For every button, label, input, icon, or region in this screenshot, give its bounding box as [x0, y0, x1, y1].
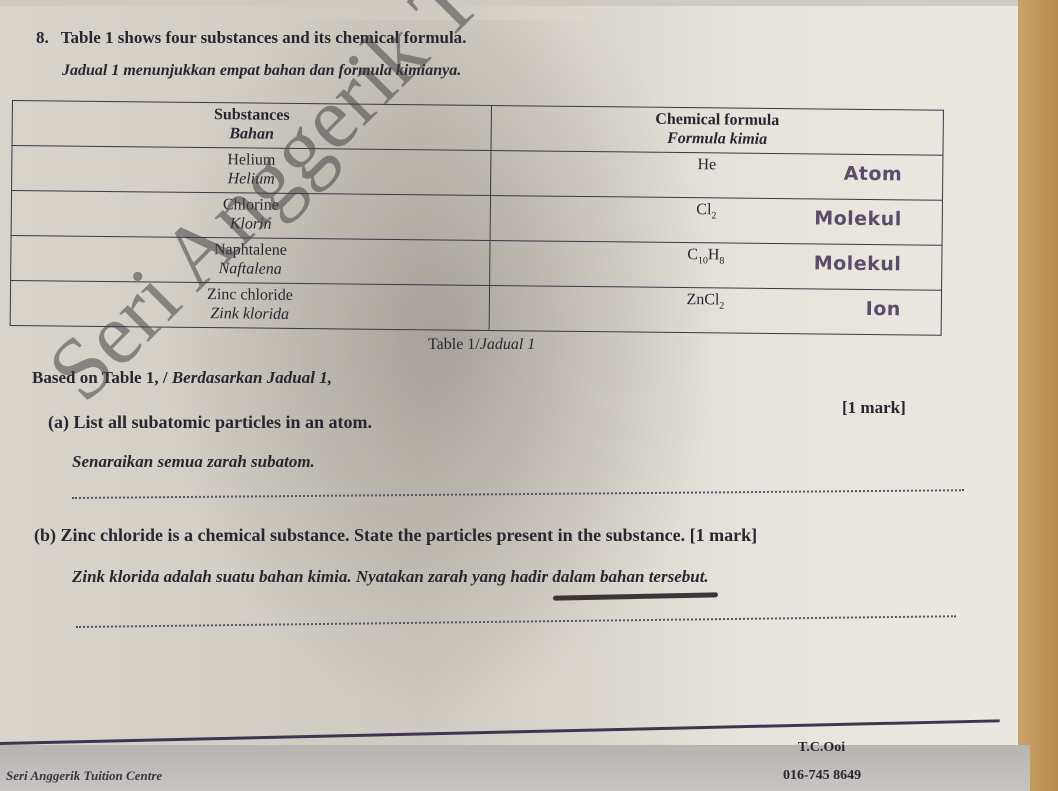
formula-cell: C10H8 Molekul [490, 241, 942, 291]
handwritten-answer: Atom [844, 165, 903, 185]
formula-cell: He Atom [491, 151, 943, 201]
table-row: Zinc chloride Zink klorida ZnCl2 Ion [10, 280, 941, 335]
header-substances: Substances Bahan [12, 101, 491, 151]
pen-underline [553, 592, 718, 600]
table-caption: Table 1/Jadual 1 [428, 336, 535, 354]
part-a-answer-line[interactable] [72, 489, 964, 499]
paper-edge [0, 0, 1058, 6]
based-on-text: Based on Table 1, / Berdasarkan Jadual 1… [32, 368, 332, 388]
question-title-en: Table 1 shows four substances and its ch… [61, 28, 467, 47]
footer-phone: 016-745 8649 [783, 768, 861, 784]
handwritten-answer: Molekul [814, 209, 902, 229]
handwritten-answer: Molekul [814, 254, 902, 274]
chemical-formula: C10H8 [687, 246, 724, 263]
substances-table: Substances Bahan Chemical formula Formul… [10, 100, 944, 336]
part-a-question: (a) List all subatomic particles in an a… [48, 412, 372, 433]
substance-cell: Naphtalene Naftalena [11, 235, 490, 285]
wooden-desk [1018, 0, 1058, 791]
substance-cell: Chlorine Klorin [11, 191, 490, 241]
handwritten-answer: Ion [866, 300, 901, 319]
footer-centre-name: Seri Anggerik Tuition Centre [6, 768, 162, 784]
substance-cell: Helium Helium [12, 146, 491, 196]
part-a-question-ms: Senaraikan semua zarah subatom. [72, 452, 315, 472]
formula-cell: ZnCl2 Ion [489, 286, 941, 336]
part-b-question-ms: Zink klorida adalah suatu bahan kimia. N… [72, 567, 709, 587]
part-a-marks: [1 mark] [842, 398, 906, 418]
chemical-formula: ZnCl2 [686, 291, 724, 308]
substance-cell: Zinc chloride Zink klorida [10, 280, 489, 330]
formula-cell: Cl2 Molekul [490, 196, 942, 246]
question-title-ms: Jadual 1 menunjukkan empat bahan dan for… [62, 62, 461, 80]
footer-teacher: T.C.Ooi [798, 740, 845, 756]
part-b-answer-line[interactable] [76, 615, 956, 628]
chemical-formula: Cl2 [696, 201, 716, 218]
header-chemical-formula: Chemical formula Formula kimia [491, 106, 943, 156]
question-number: 8. [36, 28, 49, 47]
chemical-formula: He [697, 156, 716, 173]
question-title: 8.Table 1 shows four substances and its … [36, 28, 466, 48]
part-b-question: (b) Zinc chloride is a chemical substanc… [34, 525, 757, 546]
footer-rule [0, 719, 1000, 745]
